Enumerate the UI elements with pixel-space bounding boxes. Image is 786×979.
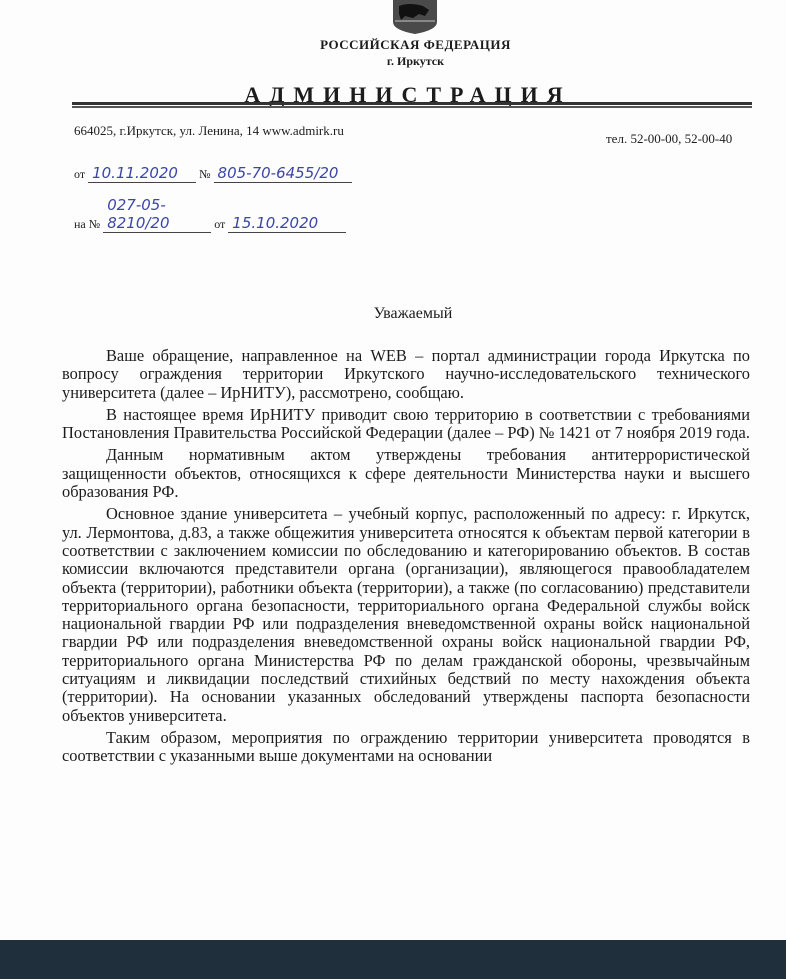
from-label: от — [74, 167, 85, 181]
phone: тел. 52-00-00, 52-00-40 — [606, 131, 732, 147]
letter-page: РОССИЙСКАЯ ФЕДЕРАЦИЯ г. Иркутск АДМИНИСТ… — [0, 0, 786, 940]
paragraph: Таким образом, мероприятия по ограждению… — [62, 729, 750, 766]
paragraph: Основное здание университета – учебный к… — [62, 505, 750, 725]
city-name: г. Иркутск — [0, 54, 786, 69]
coat-of-arms-icon — [389, 0, 441, 34]
ref-from-label: от — [214, 217, 225, 231]
outgoing-date: 10.11.2020 — [88, 164, 196, 183]
paragraph: Данным нормативным актом утверждены треб… — [62, 446, 750, 501]
country-name: РОССИЙСКАЯ ФЕДЕРАЦИЯ — [0, 37, 786, 53]
outgoing-registration: от 10.11.2020 № 805-70-6455/20 — [74, 164, 352, 183]
header-divider — [72, 102, 752, 105]
header-divider-secondary — [72, 106, 752, 108]
incoming-reference: на № 027-05-8210/20 от 15.10.2020 — [74, 196, 346, 233]
reference-number: 027-05-8210/20 — [103, 196, 211, 233]
salutation: Уважаемый — [0, 305, 786, 323]
letter-body: Ваше обращение, направленное на WEB – по… — [62, 347, 750, 770]
reference-date: 15.10.2020 — [228, 214, 346, 233]
ref-label: на № — [74, 217, 100, 231]
viewer-bottom-bar — [0, 940, 786, 979]
outgoing-number: 805-70-6455/20 — [214, 164, 352, 183]
paragraph: В настоящее время ИрНИТУ приводит свою т… — [62, 406, 750, 443]
paragraph: Ваше обращение, направленное на WEB – по… — [62, 347, 750, 402]
address: 664025, г.Иркутск, ул. Ленина, 14 www.ad… — [74, 123, 344, 139]
number-label: № — [199, 167, 210, 181]
